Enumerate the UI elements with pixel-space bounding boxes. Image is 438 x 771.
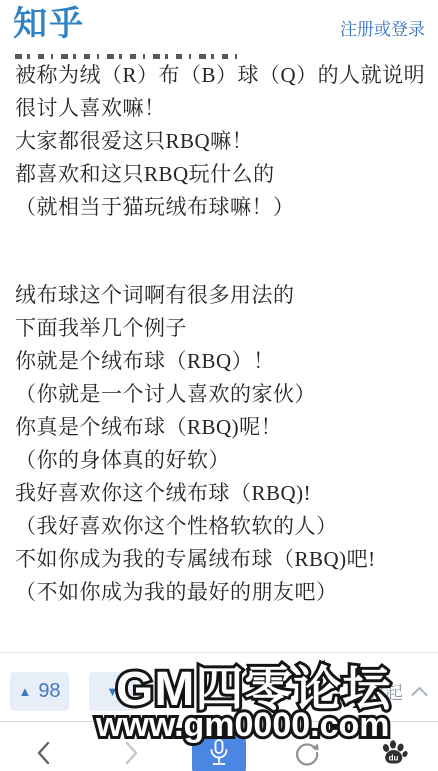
text-line: （你的身体真的好软） — [15, 444, 423, 477]
upvote-icon: ▲ — [18, 685, 31, 698]
zhihu-mobile-page: 知乎 注册或登录 被称为绒（R）布（B）球（Q）的人就说明 很讨人喜欢嘛！ 大家… — [0, 0, 438, 771]
browser-toolbar: du — [0, 721, 438, 771]
text-line: 绒布球这个词啊有很多用法的 — [15, 279, 423, 312]
svg-text:du: du — [389, 753, 399, 762]
text-line: （我好喜欢你这个性格软软的人） — [15, 510, 423, 543]
text-line: 很讨人喜欢嘛！ — [15, 92, 423, 125]
baidu-paw-icon: du — [379, 738, 409, 771]
paragraph-2: 绒布球这个词啊有很多用法的 下面我举几个例子 你就是个绒布球（RBQ）！ （你就… — [15, 279, 423, 609]
text-line: （不如你成为我的最好的朋友吧） — [15, 576, 423, 609]
clipped-text-line — [15, 54, 243, 59]
answer-content: 被称为绒（R）布（B）球（Q）的人就说明 很讨人喜欢嘛！ 大家都很爱这只RBQ嘛… — [0, 50, 438, 609]
upvote-button[interactable]: ▲ 98 — [10, 672, 69, 711]
text-line: 都喜欢和这只RBQ玩什么的 — [15, 158, 423, 191]
text-line: （你就是一个讨人喜欢的家伙） — [15, 378, 423, 411]
voice-search-cell — [175, 722, 262, 771]
text-line: 你就是个绒布球（RBQ）！ — [15, 345, 423, 378]
app-header: 知乎 注册或登录 — [0, 0, 438, 50]
baidu-menu-button[interactable]: du — [351, 722, 438, 771]
text-line: 不如你成为我的专属绒布球（RBQ)吧! — [15, 543, 423, 576]
chevron-up-icon — [411, 681, 428, 702]
text-line: 大家都很爱这只RBQ嘛！ — [15, 125, 423, 158]
text-line: 下面我举几个例子 — [15, 312, 423, 345]
text-line: 被称为绒（R）布（B）球（Q）的人就说明 — [15, 59, 423, 92]
chevron-right-icon — [120, 740, 142, 769]
back-button[interactable] — [0, 722, 87, 771]
upvote-count: 98 — [38, 680, 60, 703]
refresh-button[interactable] — [263, 722, 350, 771]
text-line: 你真是个绒布球（RBQ)呢！ — [15, 411, 423, 444]
zhihu-logo[interactable]: 知乎 — [13, 2, 85, 48]
answer-action-bar: ▲ 98 ▼ 收起 — [0, 652, 438, 721]
text-line: 我好喜欢你这个绒布球（RBQ)! — [15, 477, 423, 510]
login-link[interactable]: 注册或登录 — [340, 15, 425, 40]
collapse-label: 收起 — [367, 679, 403, 705]
microphone-icon — [207, 738, 231, 771]
paragraph-1: 被称为绒（R）布（B）球（Q）的人就说明 很讨人喜欢嘛！ 大家都很爱这只RBQ嘛… — [15, 59, 423, 224]
voice-search-button[interactable] — [192, 733, 246, 771]
forward-button[interactable] — [88, 722, 175, 771]
downvote-button[interactable]: ▼ — [89, 672, 136, 711]
downvote-icon: ▼ — [106, 685, 119, 698]
collapse-answer-button[interactable]: 收起 — [367, 672, 428, 711]
text-line: （就相当于猫玩绒布球嘛！） — [15, 191, 423, 224]
chevron-left-icon — [33, 740, 55, 769]
paragraph-gap — [15, 224, 423, 279]
refresh-icon — [293, 739, 321, 770]
